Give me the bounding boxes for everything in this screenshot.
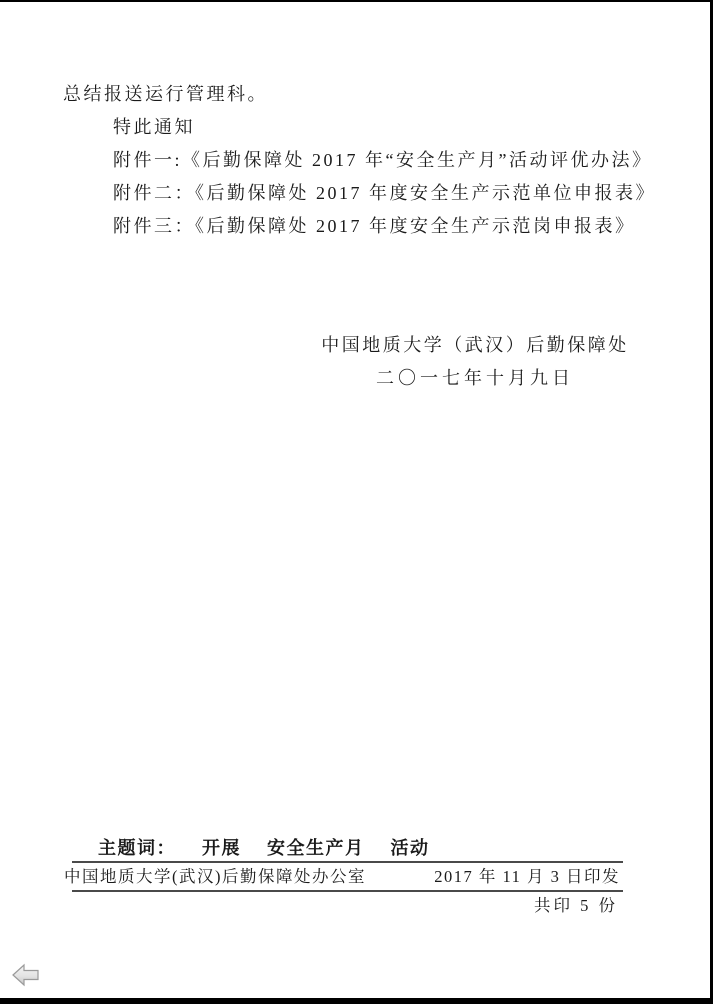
keyword-term: 开展: [202, 838, 241, 858]
subject-keywords: 主题词：开展安全生产月活动: [98, 834, 430, 860]
keywords-label: 主题词：: [98, 838, 176, 858]
divider-bottom: [72, 890, 623, 892]
attachment-line-3: 附件三：《后勤保障处 2017 年度安全生产示范岗申报表》: [63, 210, 653, 243]
print-date: 2017 年 11 月 3 日印发: [434, 864, 620, 890]
signature-date: 二〇一七年十月九日: [280, 362, 670, 395]
signature-org: 中国地质大学（武汉）后勤保障处: [280, 329, 670, 362]
page-border-top: [0, 0, 713, 2]
back-arrow-icon[interactable]: [11, 961, 41, 990]
page-border-bottom: [0, 998, 713, 1004]
issuing-office: 中国地质大学(武汉)后勤保障处办公室: [64, 864, 366, 890]
keyword-term: 安全生产月: [267, 838, 365, 858]
divider-top: [72, 861, 623, 863]
attachment-line-2: 附件二：《后勤保障处 2017 年度安全生产示范单位申报表》: [63, 177, 653, 210]
back-arrow-glyph: [11, 961, 41, 990]
body-line: 特此通知: [63, 111, 653, 144]
copies-count: 共印 5 份: [72, 894, 618, 918]
attachment-line-1: 附件一:《后勤保障处 2017 年“安全生产月”活动评优办法》: [63, 144, 653, 177]
signature-block: 中国地质大学（武汉）后勤保障处 二〇一七年十月九日: [280, 329, 670, 395]
document-body: 总结报送运行管理科。 特此通知 附件一:《后勤保障处 2017 年“安全生产月”…: [63, 78, 653, 243]
body-line: 总结报送运行管理科。: [63, 78, 653, 111]
document-page: 总结报送运行管理科。 特此通知 附件一:《后勤保障处 2017 年“安全生产月”…: [0, 0, 713, 1004]
colophon-line: 中国地质大学(武汉)后勤保障处办公室 2017 年 11 月 3 日印发: [64, 864, 620, 890]
keyword-term: 活动: [391, 838, 430, 858]
